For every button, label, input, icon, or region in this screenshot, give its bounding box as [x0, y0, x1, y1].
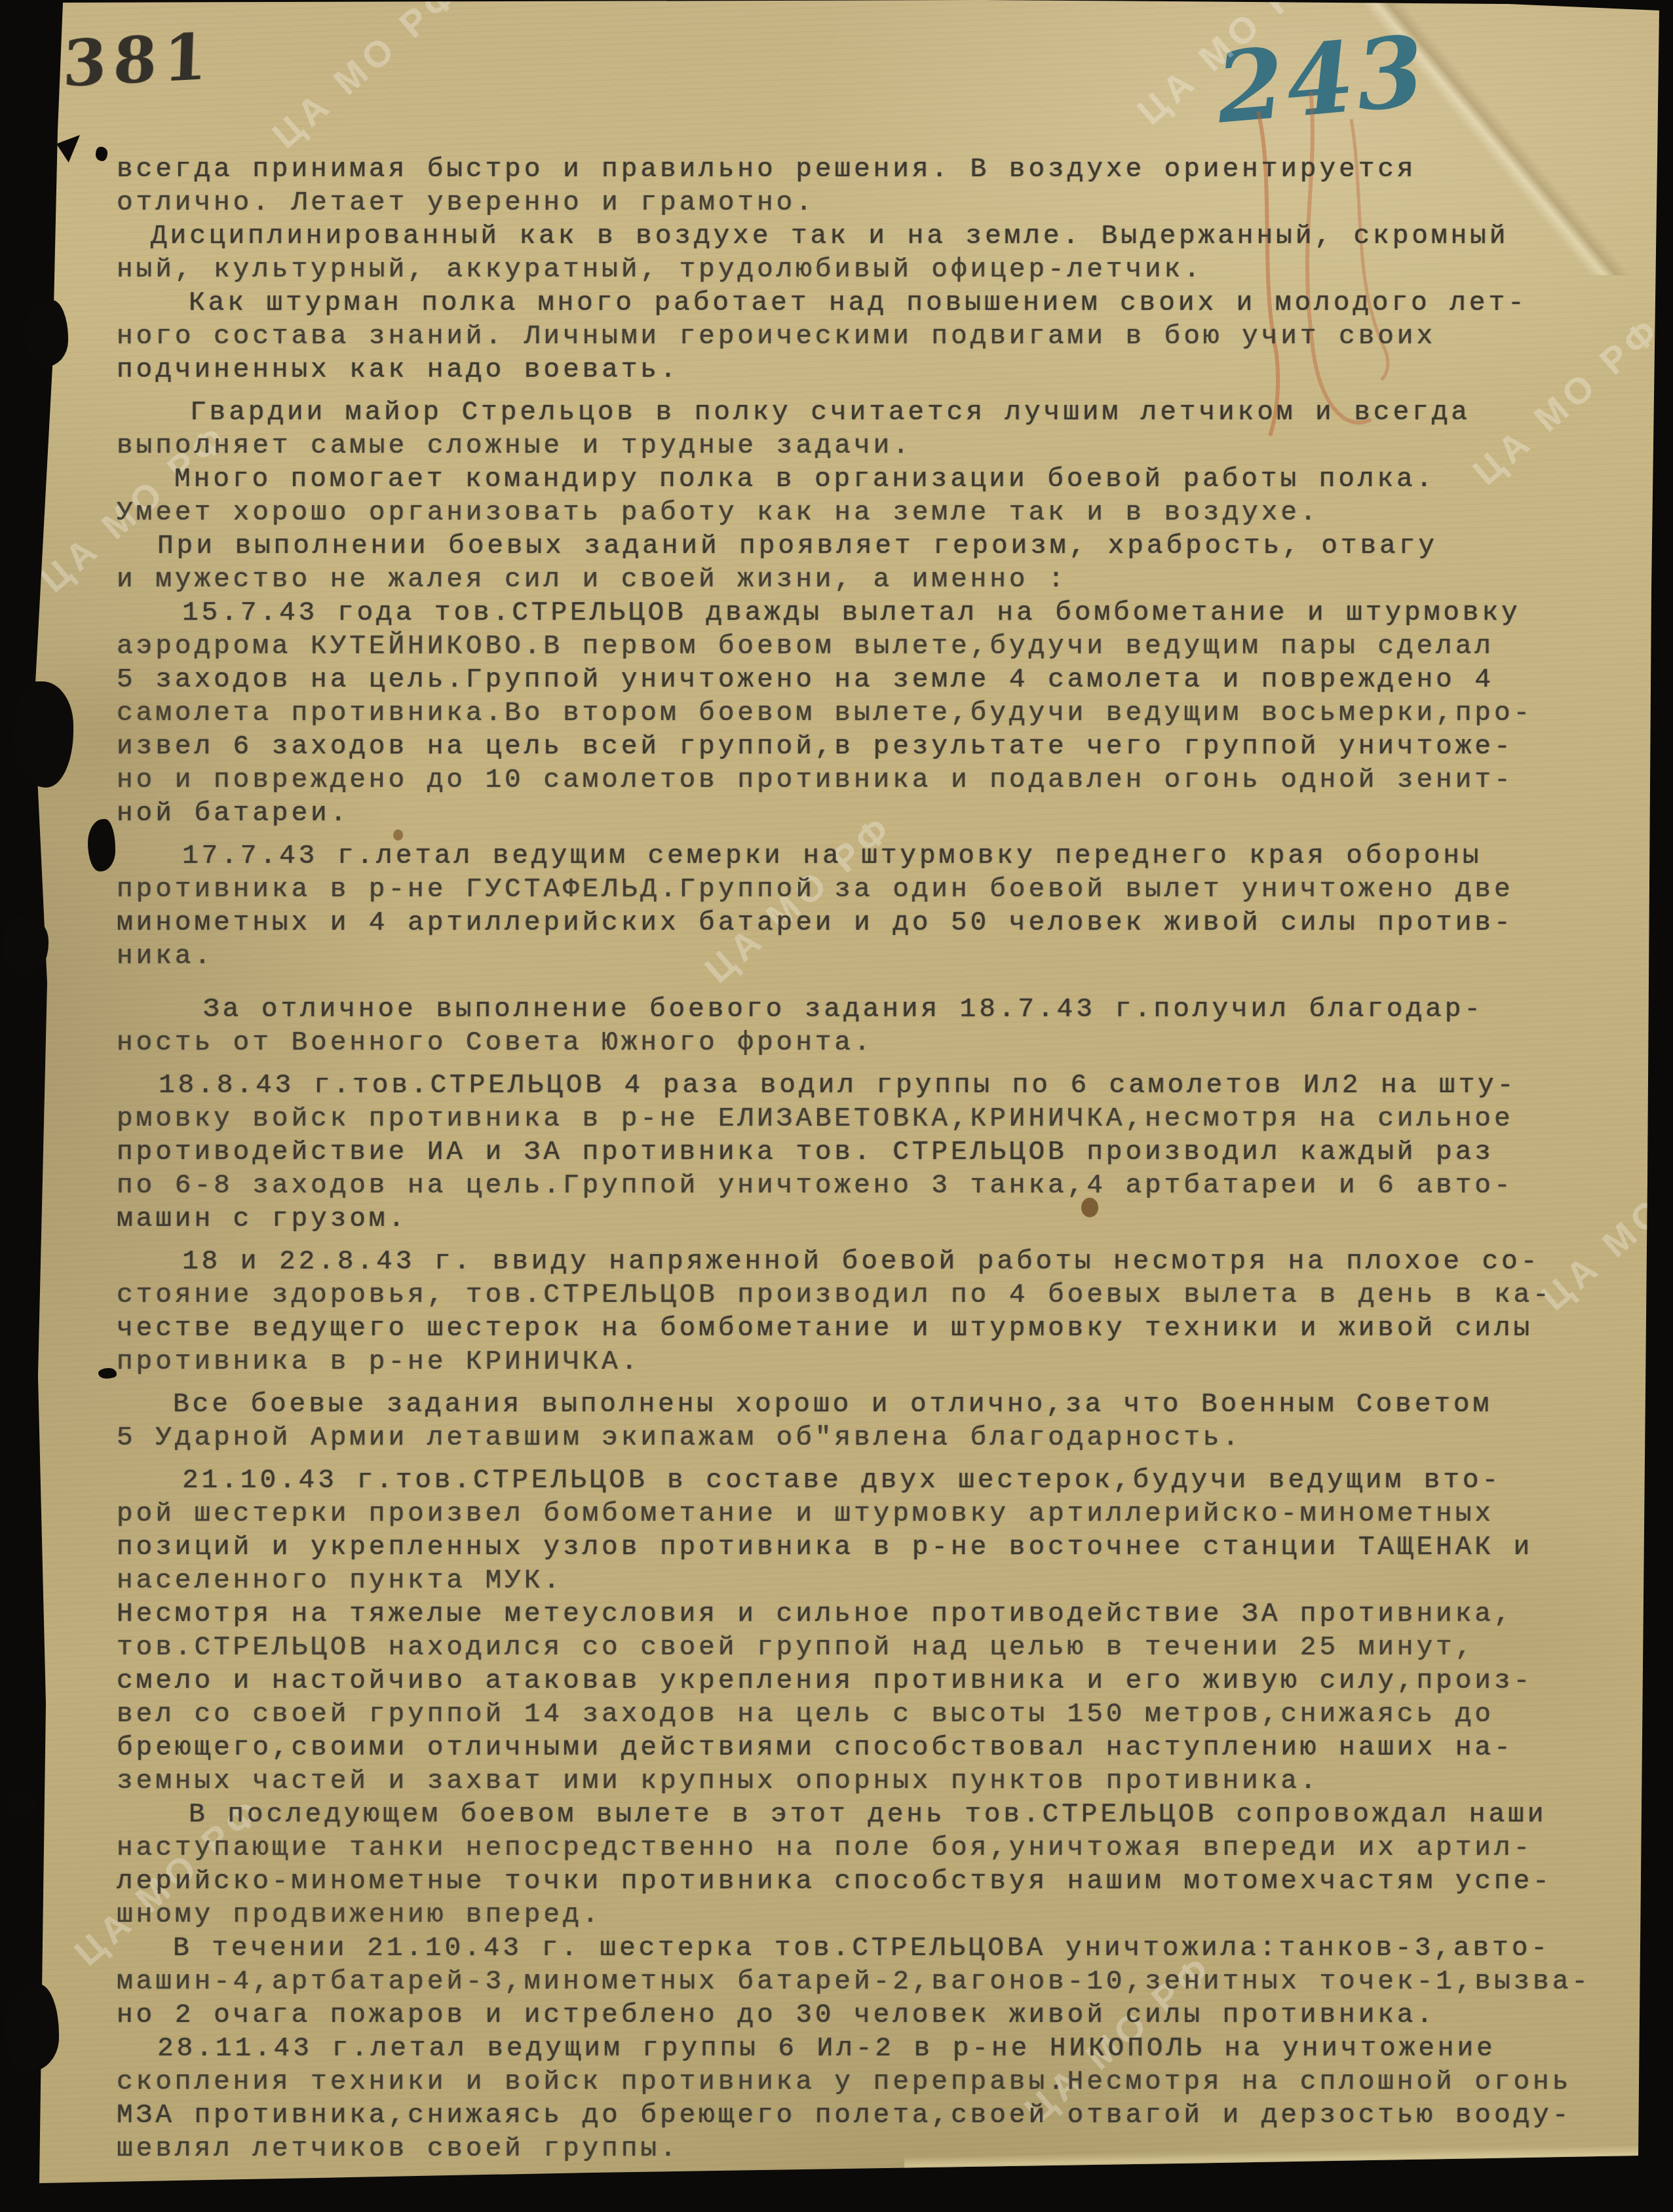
typewritten-line: шевлял летчиков своей группы. [117, 2133, 1644, 2166]
paragraph: Несмотря на тяжелые метеусловия и сильно… [117, 1598, 1644, 1799]
typewritten-line: Как штурман полка много работает над пов… [117, 287, 1644, 320]
archive-watermark: ЦА МО РФ [66, 1787, 272, 1974]
archive-watermark: ЦА МО РФ [32, 414, 238, 601]
paragraph: всегда принимая быстро и правильно решен… [117, 153, 1644, 220]
typewritten-line: самолета противника.Во втором боевом выл… [117, 697, 1644, 731]
typewritten-line: выполняет самые сложные и трудные задачи… [117, 430, 1644, 463]
paper-fold-crease [1311, 0, 1673, 275]
typewritten-line: населенного пункта МУК. [117, 1565, 1644, 1598]
typewritten-line: наступающие танки непосредственно на пол… [117, 1832, 1644, 1865]
typewritten-line: 5 Ударной Армии летавшим экипажам об"явл… [117, 1422, 1644, 1455]
typewritten-line: Несмотря на тяжелые метеусловия и сильно… [117, 1598, 1644, 1631]
torn-spot [13, 681, 73, 788]
typewritten-line: Все боевые задания выполнены хорошо и от… [117, 1388, 1644, 1422]
typewritten-line: стояние здоровья, тов.СТРЕЛЬЦОВ производ… [117, 1279, 1644, 1312]
torn-spot [8, 1791, 38, 1819]
torn-spot [88, 819, 115, 871]
typewritten-line: МЗА противника,снижаясь до бреющего поле… [117, 2099, 1644, 2133]
typewritten-line: рой шестерки произвел бомбометание и шту… [117, 1498, 1644, 1531]
paragraph: 18 и 22.8.43 г. ввиду напряженной боевой… [117, 1246, 1644, 1379]
ink-blot [96, 147, 107, 161]
typewritten-line: противодействие ИА и ЗА противника тов. … [117, 1136, 1644, 1170]
paragraph: При выполнении боевых заданий проявляет … [117, 530, 1644, 597]
typewritten-line: 21.10.43 г.тов.СТРЕЛЬЦОВ в составе двух … [117, 1464, 1644, 1498]
typewritten-line: вел со своей группой 14 заходов на цель … [117, 1698, 1644, 1732]
typewritten-line: противника в р-не ГУСТАФЕЛЬД.Группой за … [117, 873, 1644, 907]
typewritten-line: земных частей и захват ими крупных опорн… [117, 1765, 1644, 1799]
typewritten-line: смело и настойчиво атаковав укрепления п… [117, 1665, 1644, 1698]
paragraph: За отличное выполнение боевого задания 1… [117, 993, 1644, 1060]
typewritten-line: В последующем боевом вылете в этот день … [117, 1799, 1644, 1832]
typewritten-line: позиций и укрепленных узлов противника в… [117, 1531, 1644, 1565]
typewritten-line: извел 6 заходов на цель всей группой,в р… [117, 731, 1644, 764]
red-pencil-scribble [1212, 66, 1422, 459]
archival-photo: 381 243 ЦА МО РФЦА МО РФЦА МО РФЦА МО РФ… [0, 0, 1673, 2212]
paragraph: 21.10.43 г.тов.СТРЕЛЬЦОВ в составе двух … [117, 1464, 1644, 1598]
ink-blot [98, 1368, 117, 1379]
paragraph: Много помогает командиру полка в организ… [117, 463, 1644, 530]
paragraph: Дисциплинированный как в воздухе так и н… [117, 220, 1644, 287]
archive-watermark: ЦА МО РФ [1016, 1945, 1222, 2131]
paragraph: 17.7.43 г.летал ведущим семерки на штурм… [117, 840, 1644, 974]
typewritten-line: машин-4,артбатарей-3,минометных батарей-… [117, 1966, 1644, 1999]
typewritten-line: лерийско-минометные точки противника спо… [117, 1865, 1644, 1899]
typewritten-line: При выполнении боевых заданий проявляет … [117, 530, 1644, 563]
paragraph: Как штурман полка много работает над пов… [117, 287, 1644, 387]
typewritten-line: скопления техники и войск противника у п… [117, 2066, 1644, 2099]
typewritten-line: машин с грузом. [117, 1203, 1644, 1236]
typewritten-line: противника в р-не КРИНИЧКА. [117, 1346, 1644, 1379]
typewritten-line: ника. [117, 940, 1644, 974]
typewritten-line: Умеет хорошо организовать работу как на … [117, 497, 1644, 530]
typewritten-line: 18.8.43 г.тов.СТРЕЛЬЦОВ 4 раза водил гру… [117, 1069, 1644, 1103]
handwritten-folio-number: 243 [1212, 13, 1431, 145]
paper-bottom-edge-highlight [904, 2145, 1638, 2173]
archive-watermark: ЦА МО РФ [1129, 0, 1335, 133]
paper-stain [393, 829, 403, 841]
paragraph: Гвардии майор Стрельцов в полку считаетс… [117, 396, 1644, 463]
typewritten-line: 18 и 22.8.43 г. ввиду напряженной боевой… [117, 1246, 1644, 1279]
typewritten-line: В течении 21.10.43 г. шестерка тов.СТРЕЛ… [117, 1932, 1644, 1966]
typewritten-line: 28.11.43 г.летал ведущим группы 6 Ил-2 в… [117, 2032, 1644, 2066]
typewritten-line: ный, культурный, аккуратный, трудолюбивы… [117, 254, 1644, 287]
typewritten-line: Дисциплинированный как в воздухе так и н… [117, 220, 1644, 254]
paragraph: 28.11.43 г.летал ведущим группы 6 Ил-2 в… [117, 2032, 1644, 2166]
paragraph: В течении 21.10.43 г. шестерка тов.СТРЕЛ… [117, 1932, 1644, 2032]
typewritten-line: всегда принимая быстро и правильно решен… [117, 153, 1644, 187]
archive-watermark: ЦА МО РФ [264, 0, 470, 157]
typewritten-line: Гвардии майор Стрельцов в полку считаетс… [117, 396, 1644, 430]
typewritten-line: аэродрома КУТЕЙНИКОВО.В первом боевом вы… [117, 630, 1644, 664]
typewritten-line: ного состава знаний. Личными героическим… [117, 320, 1644, 354]
document-page: 381 243 ЦА МО РФЦА МО РФЦА МО РФЦА МО РФ… [0, 0, 1673, 2212]
typewritten-line: бреющего,своими отличными действиями спо… [117, 1732, 1644, 1765]
typewritten-line: ность от Военного Совета Южного фронта. [117, 1027, 1644, 1060]
typewritten-line: но и повреждено до 10 самолетов противни… [117, 764, 1644, 797]
typewritten-line: отлично. Летает уверенно и грамотно. [117, 187, 1644, 220]
typewritten-line: шному продвижению вперед. [117, 1899, 1644, 1932]
paragraph: 18.8.43 г.тов.СТРЕЛЬЦОВ 4 раза водил гру… [117, 1069, 1644, 1236]
typewritten-line: подчиненных как надо воевать. [117, 354, 1644, 387]
typewritten-line: минометных и 4 артиллерийских батареи и … [117, 907, 1644, 940]
typewritten-line: по 6-8 заходов на цель.Группой уничтожен… [117, 1170, 1644, 1203]
typewritten-line: 17.7.43 г.летал ведущим семерки на штурм… [117, 840, 1644, 873]
typewritten-line: честве ведущего шестерок на бомбометание… [117, 1312, 1644, 1346]
typewritten-line: тов.СТРЕЛЬЦОВ находился со своей группой… [117, 1631, 1644, 1665]
torn-spot [4, 1984, 59, 2072]
paragraph: Все боевые задания выполнены хорошо и от… [117, 1388, 1644, 1455]
typewritten-line: ной батареи. [117, 797, 1644, 831]
paragraph: 15.7.43 года тов.СТРЕЛЬЦОВ дважды вылета… [117, 597, 1644, 831]
typewritten-line: 15.7.43 года тов.СТРЕЛЬЦОВ дважды вылета… [117, 597, 1644, 630]
torn-spot [25, 300, 68, 367]
archive-watermark: ЦА МО РФ [1533, 1132, 1673, 1319]
archive-watermark: ЦА МО РФ [697, 805, 902, 991]
typewritten-line: рмовку войск противника в р-не ЕЛИЗАВЕТО… [117, 1103, 1644, 1136]
typewritten-line: но 2 очага пожаров и истреблено до 30 че… [117, 1999, 1644, 2032]
handwritten-page-number: 381 [62, 20, 215, 102]
typewritten-line: и мужество не жалея сил и своей жизни, а… [117, 563, 1644, 597]
paper-stain [1081, 1198, 1098, 1217]
typewritten-text: всегда принимая быстро и правильно решен… [117, 153, 1644, 2166]
paragraph: В последующем боевом вылете в этот день … [117, 1799, 1644, 1932]
typewritten-line: 5 заходов на цель.Группой уничтожено на … [117, 664, 1644, 697]
typewritten-line: За отличное выполнение боевого задания 1… [117, 993, 1644, 1027]
typewritten-line: Много помогает командиру полка в организ… [117, 463, 1644, 497]
torn-spot [3, 916, 48, 975]
archive-watermark: ЦА МО РФ [1465, 307, 1670, 493]
